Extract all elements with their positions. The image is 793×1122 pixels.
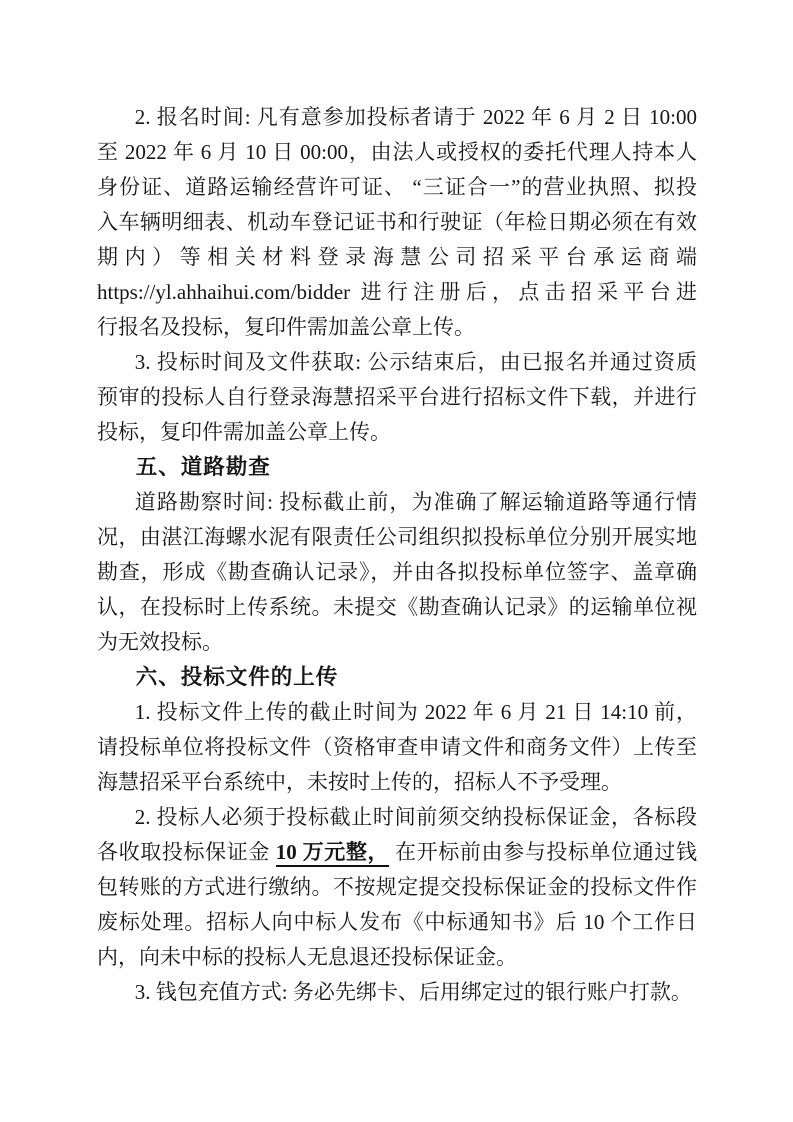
paragraph-1-upload-deadline: 1. 投标文件上传的截止时间为 2022 年 6 月 21 日 14:10 前，… [97,695,697,800]
text-run: 六、投标文件的上传 [136,665,339,689]
text-line: 内，向未中标的投标人无息退还投标保证金。 [97,940,697,975]
document-page: 2. 报名时间: 凡有意参加投标者请于 2022 年 6 月 2 日 10:00… [0,0,793,1122]
text-line: 海慧招采平台系统中，未按时上传的，招标人不予受理。 [97,765,697,800]
text-line: 请投标单位将投标文件（资格审查申请文件和商务文件）上传至 [97,730,697,765]
text-run: 入车辆明细表、机动车登记证书和行驶证（年检日期必须在有效 [97,210,697,234]
text-run: 道路勘察时间: 投标截止前，为准确了解运输道路等通行情 [135,490,697,514]
text-line: 勘查，形成《勘查确认记录》，并由各拟投标单位签字、盖章确 [97,555,697,590]
text-run: 况，由湛江海螺水泥有限责任公司组织拟投标单位分别开展实地 [97,525,697,549]
text-line: 投标，复印件需加盖公章上传。 [97,415,697,450]
text-line: 至 2022 年 6 月 10 日 00:00，由法人或授权的委托代理人持本人 [97,135,697,170]
text-run: 行报名及投标，复印件需加盖公章上传。 [97,315,475,339]
text-run: 海慧招采平台系统中，未按时上传的，招标人不予受理。 [97,770,622,794]
text-line: 3. 投标时间及文件获取: 公示结束后，由已报名并通过资质 [97,345,697,380]
deposit-amount-emphasis: 10 万元整， [276,840,389,867]
text-run: 身份证、道路运输经营许可证、 “三证合一”的营业执照、拟投 [97,175,697,199]
text-line: 为无效投标。 [97,625,697,660]
text-run: 3. 投标时间及文件获取: 公示结束后，由已报名并通过资质 [135,350,697,374]
text-line: https://yl.ahhaihui.com/bidder 进行注册后，点击招… [97,275,697,310]
text-run: 1. 投标文件上传的截止时间为 2022 年 6 月 21 日 14:10 前， [135,700,697,724]
text-line: 期内）等相关材料登录海慧公司招采平台承运商端 [97,240,697,275]
text-line: 认，在投标时上传系统。未提交《勘查确认记录》的运输单位视 [97,590,697,625]
text-line: 入车辆明细表、机动车登记证书和行驶证（年检日期必须在有效 [97,205,697,240]
text-run: 五、道路勘查 [136,455,271,479]
text-line: 2. 投标人必须于投标截止时间前须交纳投标保证金，各标段 [97,800,697,835]
text-run: 请投标单位将投标文件（资格审查申请文件和商务文件）上传至 [97,735,697,759]
text-run: 2. 投标人必须于投标截止时间前须交纳投标保证金，各标段 [135,805,697,829]
text-line: 2. 报名时间: 凡有意参加投标者请于 2022 年 6 月 2 日 10:00 [97,100,697,135]
text-run: 在开标前由参与投标单位通过钱 [389,840,697,864]
paragraph-2-registration-time: 2. 报名时间: 凡有意参加投标者请于 2022 年 6 月 2 日 10:00… [97,100,697,345]
paragraph-3-bid-time-and-documents: 3. 投标时间及文件获取: 公示结束后，由已报名并通过资质预审的投标人自行登录海… [97,345,697,450]
paragraph-road-survey: 道路勘察时间: 投标截止前，为准确了解运输道路等通行情况，由湛江海螺水泥有限责任… [97,485,697,660]
text-line: 各收取投标保证金 10 万元整， 在开标前由参与投标单位通过钱 [97,835,697,870]
text-run: 内，向未中标的投标人无息退还投标保证金。 [97,945,517,969]
text-run: 3. 钱包充值方式: 务必先绑卡、后用绑定过的银行账户打款。 [135,980,692,1004]
text-line: 身份证、道路运输经营许可证、 “三证合一”的营业执照、拟投 [97,170,697,205]
text-line: 3. 钱包充值方式: 务必先绑卡、后用绑定过的银行账户打款。 [97,975,697,1010]
text-line: 行报名及投标，复印件需加盖公章上传。 [97,310,697,345]
text-line: 况，由湛江海螺水泥有限责任公司组织拟投标单位分别开展实地 [97,520,697,555]
text-run: 认，在投标时上传系统。未提交《勘查确认记录》的运输单位视 [97,595,697,619]
text-run: https://yl.ahhaihui.com/bidder 进行注册后，点击招… [97,280,697,304]
text-run: 2. 报名时间: 凡有意参加投标者请于 2022 年 6 月 2 日 10:00 [135,105,697,129]
text-run: 包转账的方式进行缴纳。不按规定提交投标保证金的投标文件作 [97,875,697,899]
heading-section-5-road-survey: 五、道路勘查 [97,450,697,485]
text-run: 各收取投标保证金 [97,840,276,864]
text-line: 五、道路勘查 [97,450,697,485]
text-line: 包转账的方式进行缴纳。不按规定提交投标保证金的投标文件作 [97,870,697,905]
text-run: 废标处理。招标人向中标人发布《中标通知书》后 10 个工作日 [97,910,697,934]
paragraph-2-bid-deposit: 2. 投标人必须于投标截止时间前须交纳投标保证金，各标段各收取投标保证金 10 … [97,800,697,975]
text-run: 为无效投标。 [97,630,223,654]
heading-section-6-bid-file-upload: 六、投标文件的上传 [97,660,697,695]
text-line: 废标处理。招标人向中标人发布《中标通知书》后 10 个工作日 [97,905,697,940]
text-run: 期内）等相关材料登录海慧公司招采平台承运商端 [97,245,697,269]
text-line: 六、投标文件的上传 [97,660,697,695]
text-run: 勘查，形成《勘查确认记录》，并由各拟投标单位签字、盖章确 [97,560,697,584]
text-line: 预审的投标人自行登录海慧招采平台进行招标文件下载，并进行 [97,380,697,415]
text-line: 道路勘察时间: 投标截止前，为准确了解运输道路等通行情 [97,485,697,520]
paragraph-3-wallet-recharge: 3. 钱包充值方式: 务必先绑卡、后用绑定过的银行账户打款。 [97,975,697,1010]
document-body: 2. 报名时间: 凡有意参加投标者请于 2022 年 6 月 2 日 10:00… [97,100,697,1010]
text-run: 预审的投标人自行登录海慧招采平台进行招标文件下载，并进行 [97,385,697,409]
text-line: 1. 投标文件上传的截止时间为 2022 年 6 月 21 日 14:10 前， [97,695,697,730]
text-run: 投标，复印件需加盖公章上传。 [97,420,391,444]
text-run: 至 2022 年 6 月 10 日 00:00，由法人或授权的委托代理人持本人 [97,140,697,164]
